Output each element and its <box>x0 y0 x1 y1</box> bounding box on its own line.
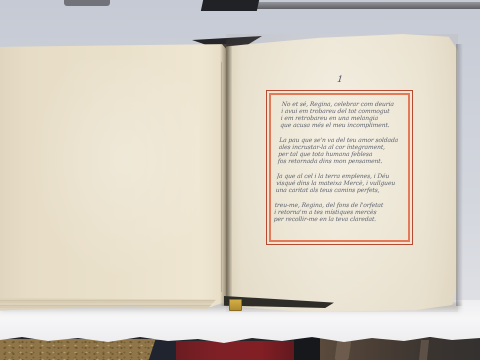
poem-line: No et sé, Regina, celebrar com deuria <box>282 101 410 108</box>
poem-text: No et sé, Regina, celebrar com deuria i … <box>273 101 410 231</box>
left-page-sheen <box>30 60 200 280</box>
poem-line: treu-me, Regina, del fons de l'orfetat <box>274 202 402 209</box>
right-page-edge-shadow <box>456 44 463 306</box>
background-smudge <box>64 0 110 6</box>
poem-line: ales incrustar-la al cor íntegrament, <box>279 144 407 151</box>
poem-line: Ja que al cel i la terra emplenes, i Déu <box>276 173 404 180</box>
poem-stanza-2: La pau que se'n va del teu amor soldada … <box>278 137 408 165</box>
photo-open-book: 1 No et sé, Regina, celebrar com deuria … <box>0 0 480 360</box>
poem-line: i em retrobareu en una melangia <box>281 115 409 122</box>
page-number: 1 <box>329 75 350 85</box>
poem-line: fos retornada dins mon pensament. <box>278 158 406 165</box>
cork-mat <box>0 339 170 360</box>
brown-floor-highlight <box>335 339 352 360</box>
poem-line: La pau que se'n va del teu amor soldada <box>279 137 407 144</box>
poem-stanza-4: treu-me, Regina, del fons de l'orfetat i… <box>273 202 402 223</box>
poem-line: que acusa més el meu incompliment. <box>280 122 408 129</box>
poem-line: i retorna'm a tes místiques mercès <box>274 209 402 216</box>
background-dark-object <box>201 0 259 11</box>
poem-line: visqué dins la mateixa Mercè, i vullgueu <box>276 180 404 187</box>
poem-stanza-3: Ja que al cel i la terra emplenes, i Déu… <box>275 173 404 194</box>
red-floor-object <box>176 341 298 360</box>
poem-stanza-1: No et sé, Regina, celebrar com deuria i … <box>280 101 410 129</box>
poem-line: i avui em trobareu del tot commogut <box>281 108 409 115</box>
poem-line: una caritat als teus camins perfets, <box>275 187 403 194</box>
poem-line: per tal que tota humana feblesa <box>278 151 406 158</box>
bookmark-ribbon <box>229 299 242 311</box>
book-gutter <box>220 44 232 306</box>
poem-line: per recollir-me en la teva claredat. <box>273 216 401 223</box>
